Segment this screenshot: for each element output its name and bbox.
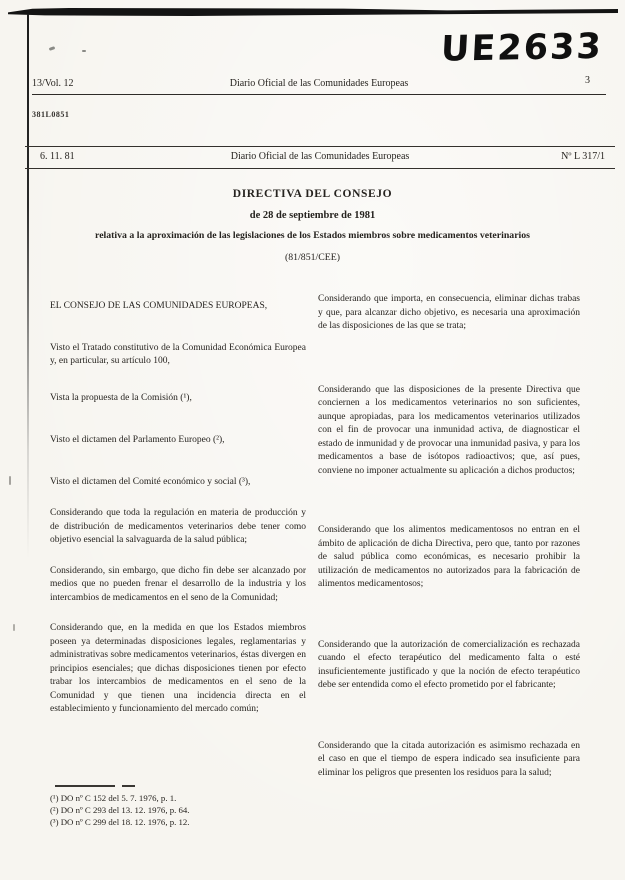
recital-paragraph: Considerando que importa, en consecuenci… xyxy=(318,293,580,334)
recital-paragraph: Considerando que la citada autorización … xyxy=(318,740,580,781)
footnote-divider xyxy=(50,785,306,787)
left-text-column: EL CONSEJO DE LAS COMUNIDADES EUROPEAS, … xyxy=(50,300,306,717)
celex-number: 381L0851 xyxy=(32,110,69,119)
footnote: (³) DO nº C 299 del 18. 12. 1976, p. 12. xyxy=(50,817,306,829)
issue-number: Nº L 317/1 xyxy=(561,151,605,162)
journal-header-volume-row: 13/Vol. 12 Diario Oficial de las Comunid… xyxy=(32,78,606,95)
directive-title-block: DIRECTIVA DEL CONSEJO de 28 de septiembr… xyxy=(70,188,555,263)
journal-header-issue-row: 6. 11. 81 Diario Oficial de las Comunida… xyxy=(25,146,615,169)
citation-paragraph: Visto el Tratado constitutivo de la Comu… xyxy=(50,342,306,369)
footnote: (¹) DO nº C 152 del 5. 7. 1976, p. 1. xyxy=(50,793,306,805)
scan-speck xyxy=(13,624,15,631)
scan-fold-line xyxy=(27,14,29,559)
footnote-divider-segment xyxy=(122,785,135,787)
recital-paragraph: Considerando que la autorización de come… xyxy=(318,639,580,693)
footnotes-block: (¹) DO nº C 152 del 5. 7. 1976, p. 1. (²… xyxy=(50,785,306,828)
directive-date: de 28 de septiembre de 1981 xyxy=(70,210,555,221)
right-text-column: Considerando que importa, en consecuenci… xyxy=(318,293,580,780)
scan-speck xyxy=(49,46,56,51)
scan-edge-bar xyxy=(8,8,618,16)
directive-heading: DIRECTIVA DEL CONSEJO xyxy=(70,188,555,200)
scanned-document-page: UE2633 13/Vol. 12 Diario Oficial de las … xyxy=(0,0,625,880)
citation-paragraph: Visto el dictamen del Parlamento Europeo… xyxy=(50,434,306,448)
scan-speck xyxy=(82,50,86,52)
scan-speck xyxy=(9,476,11,485)
directive-reference: (81/851/CEE) xyxy=(70,252,555,263)
citation-paragraph: Visto el dictamen del Comité económico y… xyxy=(50,476,306,490)
journal-title: Diario Oficial de las Comunidades Europe… xyxy=(32,78,606,89)
recital-paragraph: Considerando que las disposiciones de la… xyxy=(318,384,580,479)
footnote-divider-segment xyxy=(55,785,115,787)
directive-subject: relativa a la aproximación de las legisl… xyxy=(90,230,535,243)
recital-paragraph: Considerando, sin embargo, que dicho fin… xyxy=(50,565,306,606)
handwritten-archive-code: UE2633 xyxy=(440,26,625,69)
citation-paragraph: Vista la propuesta de la Comisión (¹), xyxy=(50,392,306,406)
preamble-opening: EL CONSEJO DE LAS COMUNIDADES EUROPEAS, xyxy=(50,300,306,314)
recital-paragraph: Considerando que toda la regulación en m… xyxy=(50,507,306,548)
journal-title: Diario Oficial de las Comunidades Europe… xyxy=(25,151,615,162)
recital-paragraph: Considerando que, en la medida en que lo… xyxy=(50,622,306,717)
recital-paragraph: Considerando que los alimentos medicamen… xyxy=(318,524,580,592)
footnote: (²) DO nº C 293 del 13. 12. 1976, p. 64. xyxy=(50,805,306,817)
compilation-page-number: 3 xyxy=(585,75,590,86)
